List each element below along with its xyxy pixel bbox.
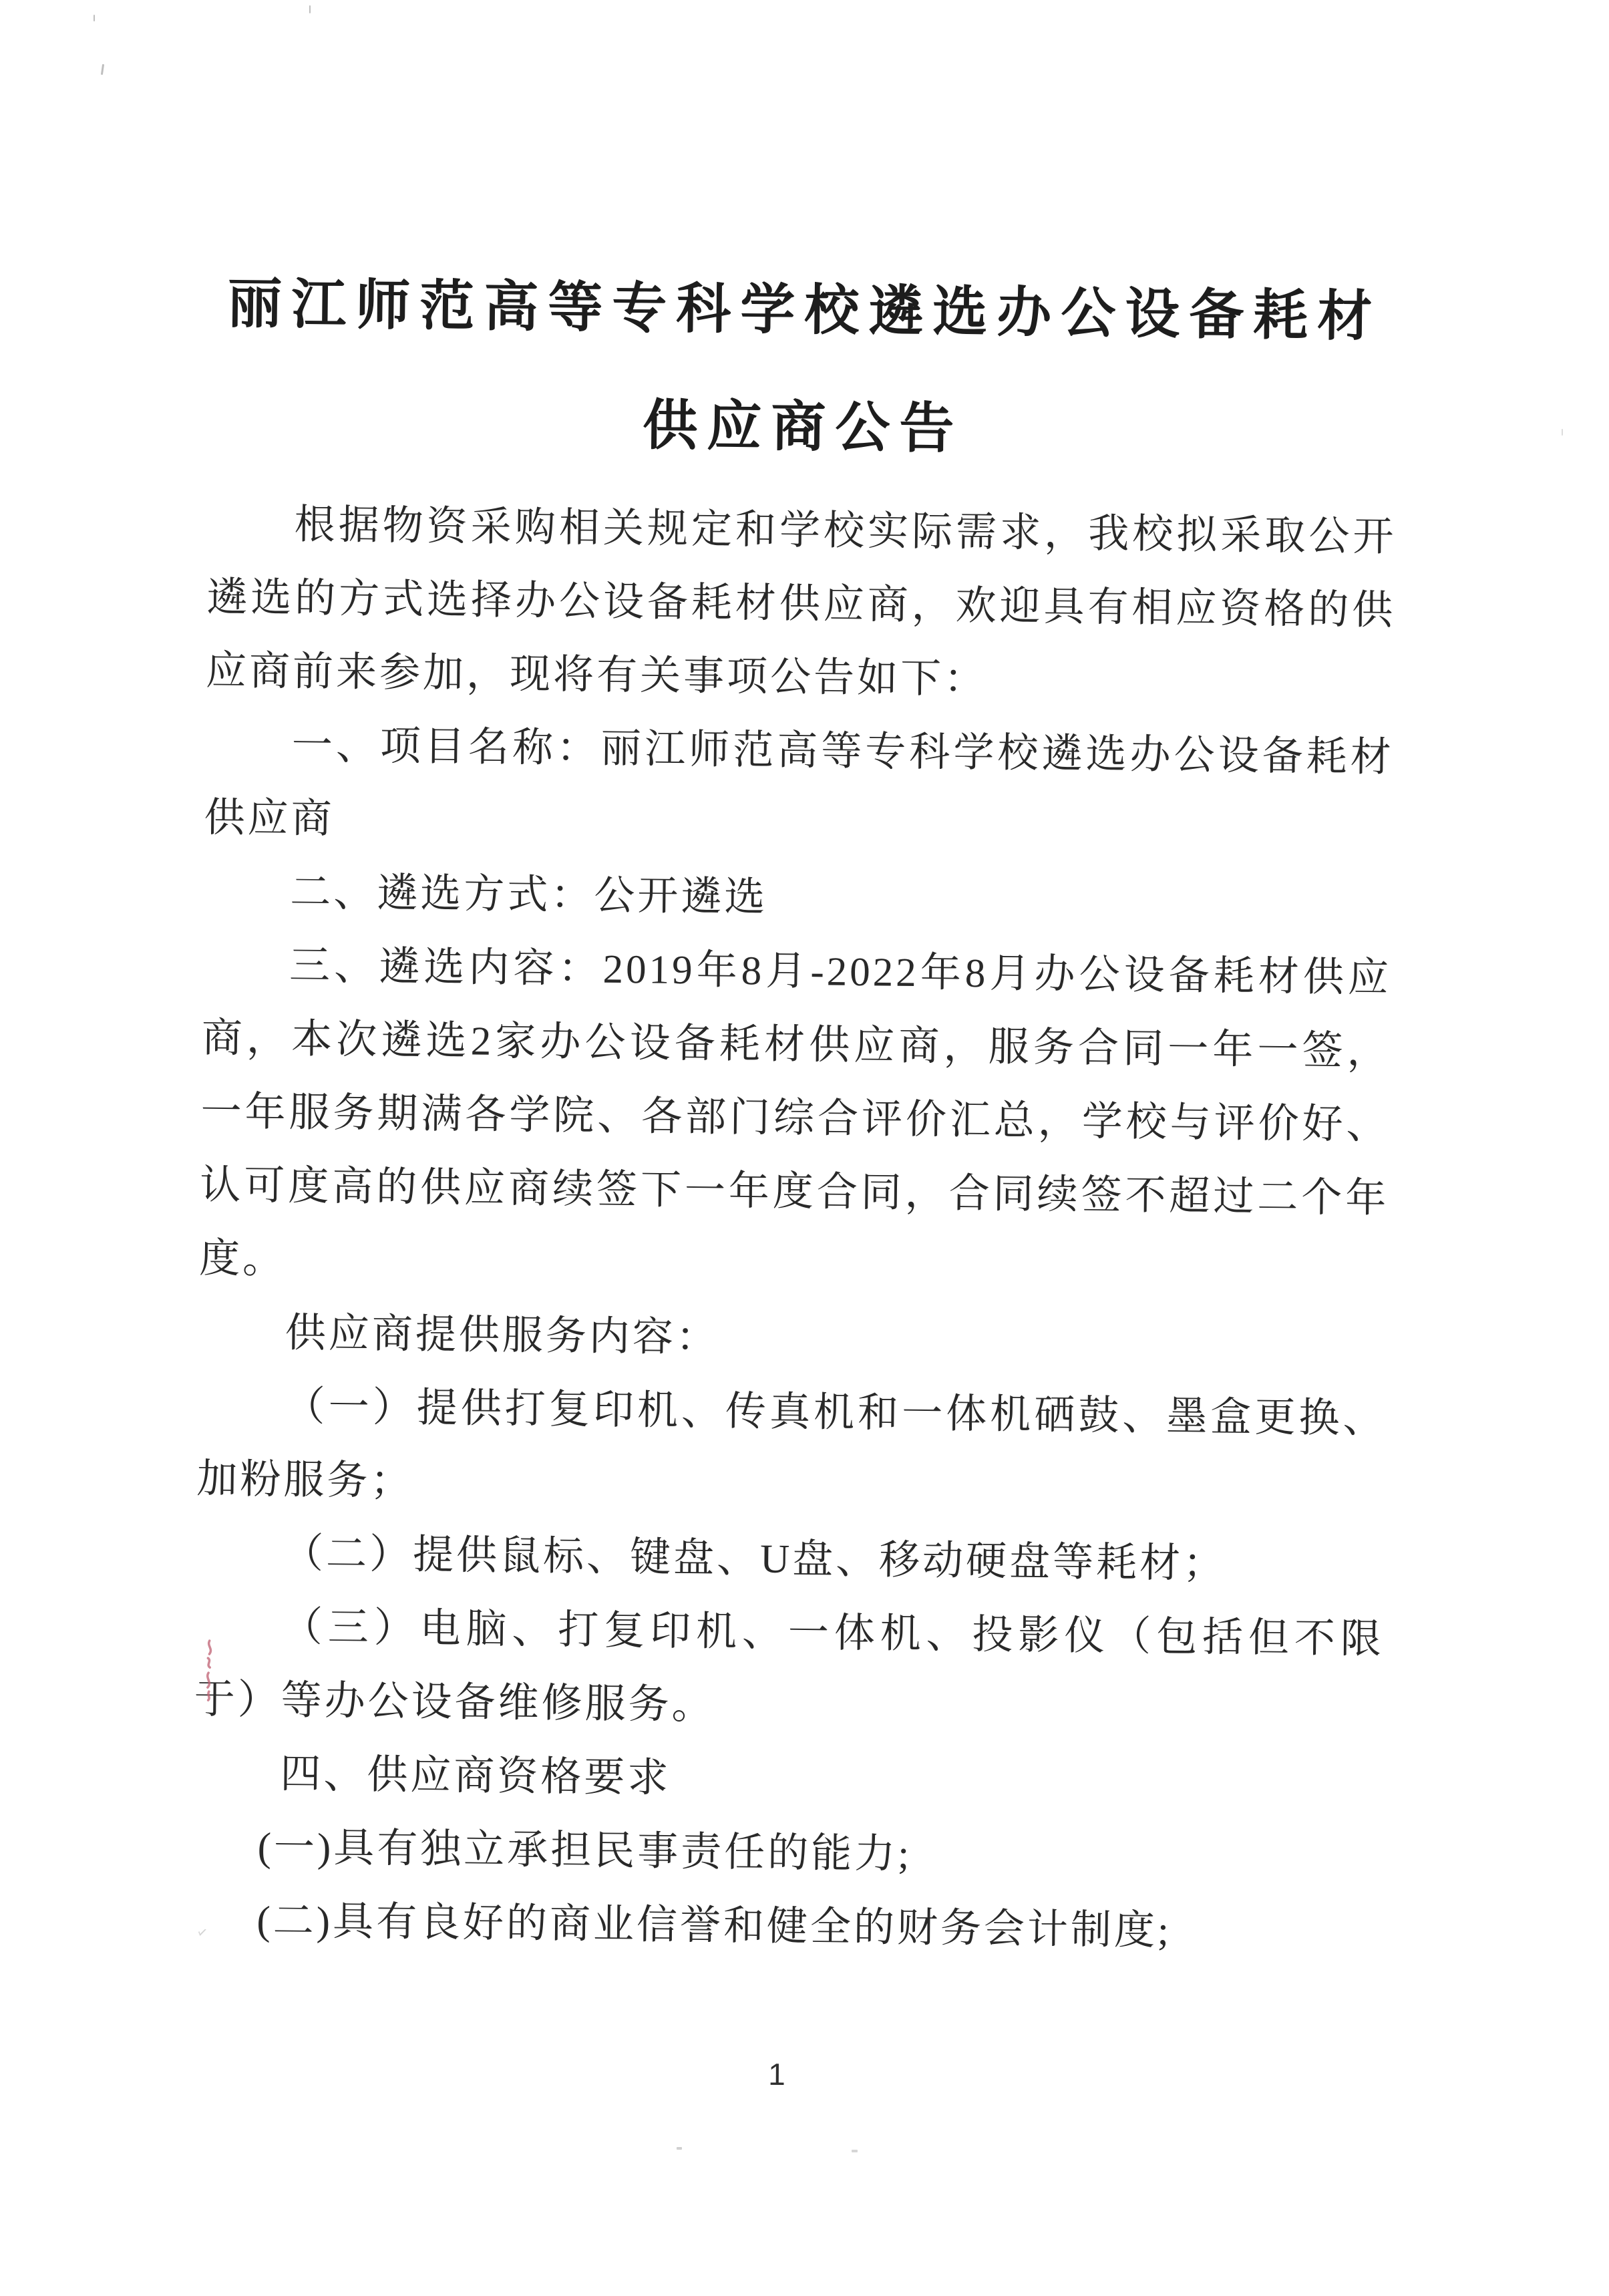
title-line-2: 供应商公告 xyxy=(208,384,1398,471)
scan-speck xyxy=(101,64,104,75)
document-line: 根据物资采购相关规定和学校实际需求，我校拟采取公开 xyxy=(207,488,1397,575)
document-line: 认可度高的供应商续签下一年度合同，合同续签不超过二个年 xyxy=(200,1149,1389,1236)
scan-speck xyxy=(677,2147,682,2150)
document-line: 一年服务期满各学院、各部门综合评价汇总，学校与评价好、 xyxy=(200,1076,1390,1162)
document-line: 供应商 xyxy=(204,782,1393,868)
scanned-document-page: 丽江师范高等专科学校遴选办公设备耗材 供应商公告 根据物资采购相关规定和学校实际… xyxy=(0,0,1609,2296)
scan-speck xyxy=(852,2150,858,2152)
document-content: 丽江师范高等专科学校遴选办公设备耗材 供应商公告 根据物资采购相关规定和学校实际… xyxy=(191,267,1399,1971)
document-line: 供应商提供服务内容： xyxy=(198,1296,1387,1383)
document-line: 二、遴选方式：公开遴选 xyxy=(203,855,1393,942)
scan-speck xyxy=(1562,429,1563,436)
document-line: （一）提供打复印机、传真机和一体机硒鼓、墨盒更换、 xyxy=(197,1369,1387,1456)
document-line: （二）提供鼠标、键盘、U盘、移动硬盘等耗材； xyxy=(196,1516,1385,1603)
scan-speck xyxy=(309,5,311,13)
scan-speck xyxy=(94,15,95,21)
document-line: 四、供应商资格要求 xyxy=(193,1737,1383,1824)
document-line: 三、遴选内容：2019年8月-2022年8月办公设备耗材供应 xyxy=(202,929,1392,1015)
document-line: 遴选的方式选择办公设备耗材供应商，欢迎具有相应资格的供 xyxy=(206,561,1396,648)
handwritten-red-annotation-mark xyxy=(200,1638,220,1701)
document-line: 于）等办公设备维修服务。 xyxy=(194,1663,1383,1750)
page-number: 1 xyxy=(747,2056,807,2093)
title-line-1: 丽江师范高等专科学校遴选办公设备耗材 xyxy=(210,267,1399,354)
document-line: 度。 xyxy=(199,1222,1389,1309)
document-line: 一、项目名称：丽江师范高等专科学校遴选办公设备耗材 xyxy=(204,708,1394,795)
document-line: （三）电脑、打复印机、一体机、投影仪（包括但不限 xyxy=(194,1590,1384,1677)
document-line: 应商前来参加，现将有关事项公告如下： xyxy=(206,635,1395,721)
document-body: 根据物资采购相关规定和学校实际需求，我校拟采取公开遴选的方式选择办公设备耗材供应… xyxy=(191,488,1397,1971)
document-title: 丽江师范高等专科学校遴选办公设备耗材 供应商公告 xyxy=(208,267,1399,471)
document-line: 加粉服务； xyxy=(196,1443,1386,1530)
document-line: 商，本次遴选2家办公设备耗材供应商，服务合同一年一签， xyxy=(201,1002,1391,1089)
document-line: (二)具有良好的商业信誉和健全的财务会计制度; xyxy=(191,1884,1381,1971)
document-line: (一)具有独立承担民事责任的能力; xyxy=(192,1810,1382,1897)
